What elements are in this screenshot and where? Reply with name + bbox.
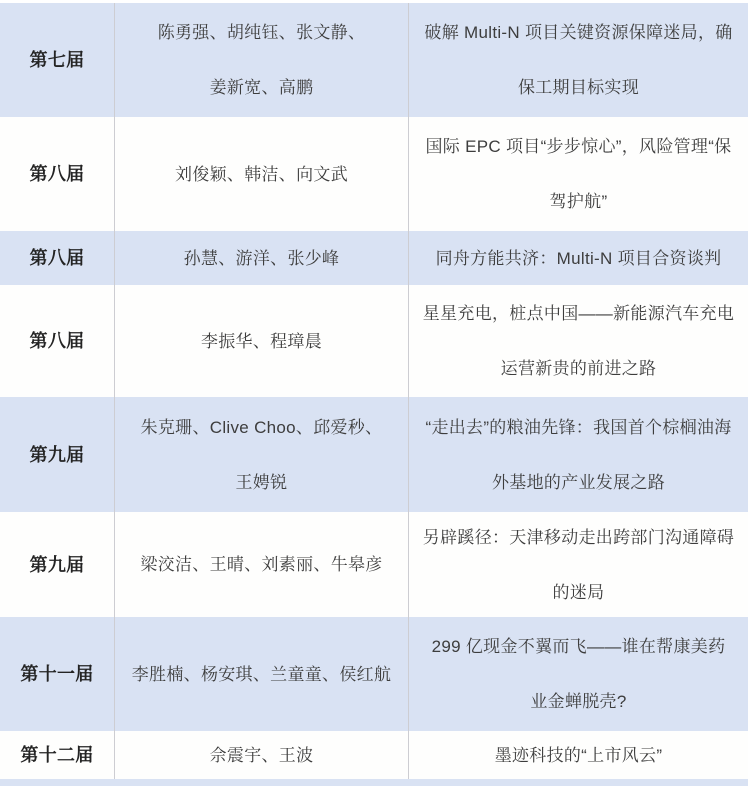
session-cell: 第九届 bbox=[0, 397, 114, 512]
session-label: 第十一届 bbox=[20, 662, 93, 686]
table-row: 第八届 孙慧、游洋、张少峰 同舟方能共济：Multi-N 项目合资谈判 bbox=[0, 231, 748, 285]
team-cell: 梁洨洁、王晴、刘素丽、牛皋彦 bbox=[114, 512, 408, 617]
team-cell: 陈勇强、胡纯钰、张文静、 姜新宽、高鹏 bbox=[114, 3, 408, 117]
case-title-cell: 另辟蹊径：天津移动走出跨部门沟通障碍 的迷局 bbox=[408, 512, 748, 617]
table-row: 第八届 李振华、程璋晨 星星充电，桩点中国——新能源汽车充电 运营新贵的前进之路 bbox=[0, 285, 748, 397]
case-title-cell: 墨迹科技的“上市风云” bbox=[408, 731, 748, 779]
session-cell: 第十二届 bbox=[0, 731, 114, 779]
case-title: 同舟方能共济：Multi-N 项目合资谈判 bbox=[436, 231, 722, 286]
case-title-cell: 国际 EPC 项目“步步惊心”，风险管理“保 驾护航” bbox=[408, 117, 748, 231]
team-names: 李胜楠、杨安琪、兰童童、侯红航 bbox=[132, 647, 392, 702]
case-title-cell: 299 亿现金不翼而飞——谁在帮康美药 业金蝉脱壳? bbox=[408, 617, 748, 731]
award-cases-table: 第七届 陈勇强、胡纯钰、张文静、 姜新宽、高鹏 破解 Multi-N 项目关键资… bbox=[0, 0, 748, 786]
case-title: 星星充电，桩点中国——新能源汽车充电 运营新贵的前进之路 bbox=[423, 286, 734, 396]
session-cell: 第八届 bbox=[0, 117, 114, 231]
case-title-cell: 同舟方能共济：Multi-N 项目合资谈判 bbox=[408, 231, 748, 285]
table-row: 第八届 刘俊颖、韩洁、向文武 国际 EPC 项目“步步惊心”，风险管理“保 驾护… bbox=[0, 117, 748, 231]
team-cell: 李振华、程璋晨 bbox=[114, 285, 408, 397]
case-title: 299 亿现金不翼而飞——谁在帮康美药 业金蝉脱壳? bbox=[432, 619, 726, 729]
table-row: 第十二届 佘震宇、王波 墨迹科技的“上市风云” bbox=[0, 731, 748, 779]
session-label: 第七届 bbox=[30, 48, 85, 72]
session-label: 第八届 bbox=[30, 162, 85, 186]
team-cell: 佘震宇、王波 bbox=[114, 731, 408, 779]
case-title-cell: 星星充电，桩点中国——新能源汽车充电 运营新贵的前进之路 bbox=[408, 285, 748, 397]
session-cell: 第十一届 bbox=[0, 617, 114, 731]
team-names: 孙慧、游洋、张少峰 bbox=[184, 231, 340, 286]
case-title: 墨迹科技的“上市风云” bbox=[495, 728, 663, 783]
team-cell: 孙慧、游洋、张少峰 bbox=[114, 231, 408, 285]
session-label: 第八届 bbox=[30, 329, 85, 353]
team-names: 李振华、程璋晨 bbox=[201, 314, 322, 369]
case-title: 国际 EPC 项目“步步惊心”，风险管理“保 驾护航” bbox=[426, 119, 732, 229]
session-cell: 第八届 bbox=[0, 231, 114, 285]
session-cell: 第七届 bbox=[0, 3, 114, 117]
case-title: 破解 Multi-N 项目关键资源保障迷局，确 保工期目标实现 bbox=[424, 5, 732, 115]
table-row: 第七届 陈勇强、胡纯钰、张文静、 姜新宽、高鹏 破解 Multi-N 项目关键资… bbox=[0, 3, 748, 117]
team-cell: 李胜楠、杨安琪、兰童童、侯红航 bbox=[114, 617, 408, 731]
table-row: 第十一届 李胜楠、杨安琪、兰童童、侯红航 299 亿现金不翼而飞——谁在帮康美药… bbox=[0, 617, 748, 731]
case-title: “走出去”的粮油先锋：我国首个棕榈油海 外基地的产业发展之路 bbox=[425, 400, 731, 510]
team-names: 佘震宇、王波 bbox=[210, 728, 314, 783]
team-cell: 朱克珊、Clive Choo、邱爱秒、 王娉锐 bbox=[114, 397, 408, 512]
team-names: 刘俊颖、韩洁、向文武 bbox=[175, 147, 348, 202]
team-names: 朱克珊、Clive Choo、邱爱秒、 王娉锐 bbox=[141, 400, 383, 510]
session-cell: 第八届 bbox=[0, 285, 114, 397]
case-title-cell: 破解 Multi-N 项目关键资源保障迷局，确 保工期目标实现 bbox=[408, 3, 748, 117]
team-names: 陈勇强、胡纯钰、张文静、 姜新宽、高鹏 bbox=[158, 5, 366, 115]
team-names: 梁洨洁、王晴、刘素丽、牛皋彦 bbox=[140, 537, 382, 592]
team-cell: 刘俊颖、韩洁、向文武 bbox=[114, 117, 408, 231]
session-label: 第九届 bbox=[30, 553, 85, 577]
case-title-cell: “走出去”的粮油先锋：我国首个棕榈油海 外基地的产业发展之路 bbox=[408, 397, 748, 512]
table-row: 第九届 朱克珊、Clive Choo、邱爱秒、 王娉锐 “走出去”的粮油先锋：我… bbox=[0, 397, 748, 512]
session-label: 第九届 bbox=[30, 443, 85, 467]
session-label: 第八届 bbox=[30, 246, 85, 270]
session-label: 第十二届 bbox=[20, 743, 93, 767]
table-row: 第九届 梁洨洁、王晴、刘素丽、牛皋彦 另辟蹊径：天津移动走出跨部门沟通障碍 的迷… bbox=[0, 512, 748, 617]
session-cell: 第九届 bbox=[0, 512, 114, 617]
case-title: 另辟蹊径：天津移动走出跨部门沟通障碍 的迷局 bbox=[423, 510, 734, 620]
